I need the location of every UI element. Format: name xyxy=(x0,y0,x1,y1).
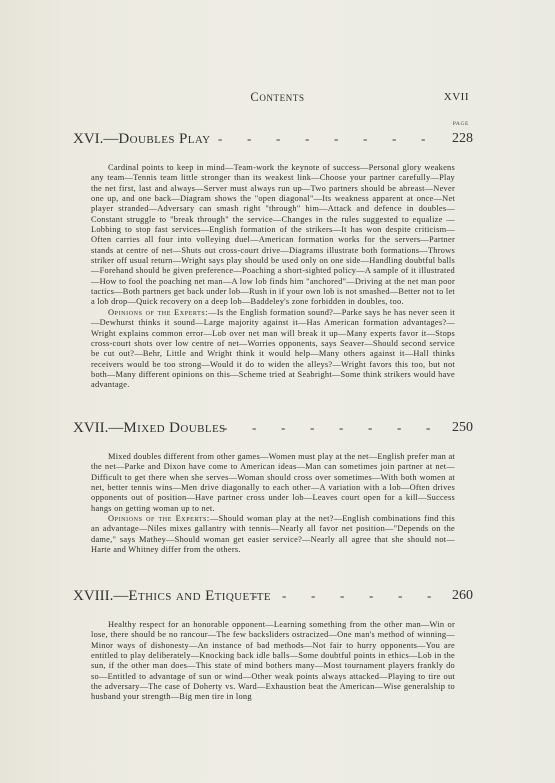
page-folio-roman: XVII xyxy=(444,91,469,103)
leader-dash: - xyxy=(427,588,431,604)
toc-entry-chapter-16: XVI.—Doubles Play -------- 228 Cardinal … xyxy=(73,131,473,391)
leader-dash: - xyxy=(339,420,343,436)
chapter-title: Doubles Play xyxy=(118,131,210,147)
toc-entry-chapter-18: XVIII.—Ethics and Etiquette ------- 260 … xyxy=(73,588,473,703)
leader-dash: - xyxy=(368,420,372,436)
leader-dash: - xyxy=(252,420,256,436)
leader-dash: - xyxy=(223,420,227,436)
chapter-number: XVI. xyxy=(73,131,103,147)
leader-dash: - xyxy=(276,131,280,147)
chapter-summary: Healthy respect for an honorable opponen… xyxy=(91,620,455,703)
leader-dash: - xyxy=(363,131,367,147)
running-title: Contents xyxy=(0,90,555,105)
em-dash: — xyxy=(108,420,123,436)
chapter-number: XVII. xyxy=(73,420,108,436)
paragraph-text: —Is the English formation sound?—Parke s… xyxy=(91,308,455,389)
page-column-label: PAGE xyxy=(453,121,469,127)
chapter-summary: Mixed doubles different from other games… xyxy=(91,452,455,555)
leader-dash: - xyxy=(247,131,251,147)
summary-paragraph: Opinions of the Experts:—Should woman pl… xyxy=(91,514,455,555)
chapter-page-number: 228 xyxy=(452,131,473,147)
leader-dash: - xyxy=(340,588,344,604)
leader-dash: - xyxy=(426,420,430,436)
leader-dash: - xyxy=(392,131,396,147)
summary-paragraph: Mixed doubles different from other games… xyxy=(91,452,455,514)
em-dash: — xyxy=(103,131,118,147)
chapter-title: Mixed Doubles xyxy=(123,420,225,436)
chapter-page-number: 250 xyxy=(452,420,473,436)
running-head: Contents XVII xyxy=(0,90,555,110)
summary-paragraph: Healthy respect for an honorable opponen… xyxy=(91,620,455,703)
paragraph-lead: Opinions of the Experts: xyxy=(108,308,208,317)
leader-dash: - xyxy=(310,420,314,436)
chapter-heading: XVIII.—Ethics and Etiquette ------- 260 xyxy=(73,588,473,606)
leader-dash: - xyxy=(218,131,222,147)
leader-dash: - xyxy=(281,420,285,436)
leader-dash: - xyxy=(398,588,402,604)
chapter-page-number: 260 xyxy=(452,588,473,604)
leader-dash: - xyxy=(334,131,338,147)
leader-dash: - xyxy=(369,588,373,604)
paragraph-lead: Opinions of the Experts: xyxy=(108,514,210,523)
em-dash: — xyxy=(113,588,128,604)
leader-dash: - xyxy=(305,131,309,147)
leader-dash: - xyxy=(421,131,425,147)
paragraph-text: Cardinal points to keep in mind—Team-wor… xyxy=(91,163,455,306)
chapter-number: XVIII. xyxy=(73,588,113,604)
leader-dash: - xyxy=(311,588,315,604)
book-page: Contents XVII PAGE XVI.—Doubles Play ---… xyxy=(0,0,555,783)
summary-paragraph: Cardinal points to keep in mind—Team-wor… xyxy=(91,163,455,308)
chapter-summary: Cardinal points to keep in mind—Team-wor… xyxy=(91,163,455,391)
summary-paragraph: Opinions of the Experts:—Is the English … xyxy=(91,308,455,391)
chapter-heading: XVII.—Mixed Doubles -------- 250 xyxy=(73,420,473,438)
paragraph-text: Healthy respect for an honorable opponen… xyxy=(91,620,455,701)
paragraph-text: Mixed doubles different from other games… xyxy=(91,452,455,513)
leader-dash: - xyxy=(397,420,401,436)
toc-entry-chapter-17: XVII.—Mixed Doubles -------- 250 Mixed d… xyxy=(73,420,473,555)
leader-dash: - xyxy=(253,588,257,604)
leader-dash: - xyxy=(282,588,286,604)
chapter-heading: XVI.—Doubles Play -------- 228 xyxy=(73,131,473,149)
chapter-title: Ethics and Etiquette xyxy=(128,588,271,604)
